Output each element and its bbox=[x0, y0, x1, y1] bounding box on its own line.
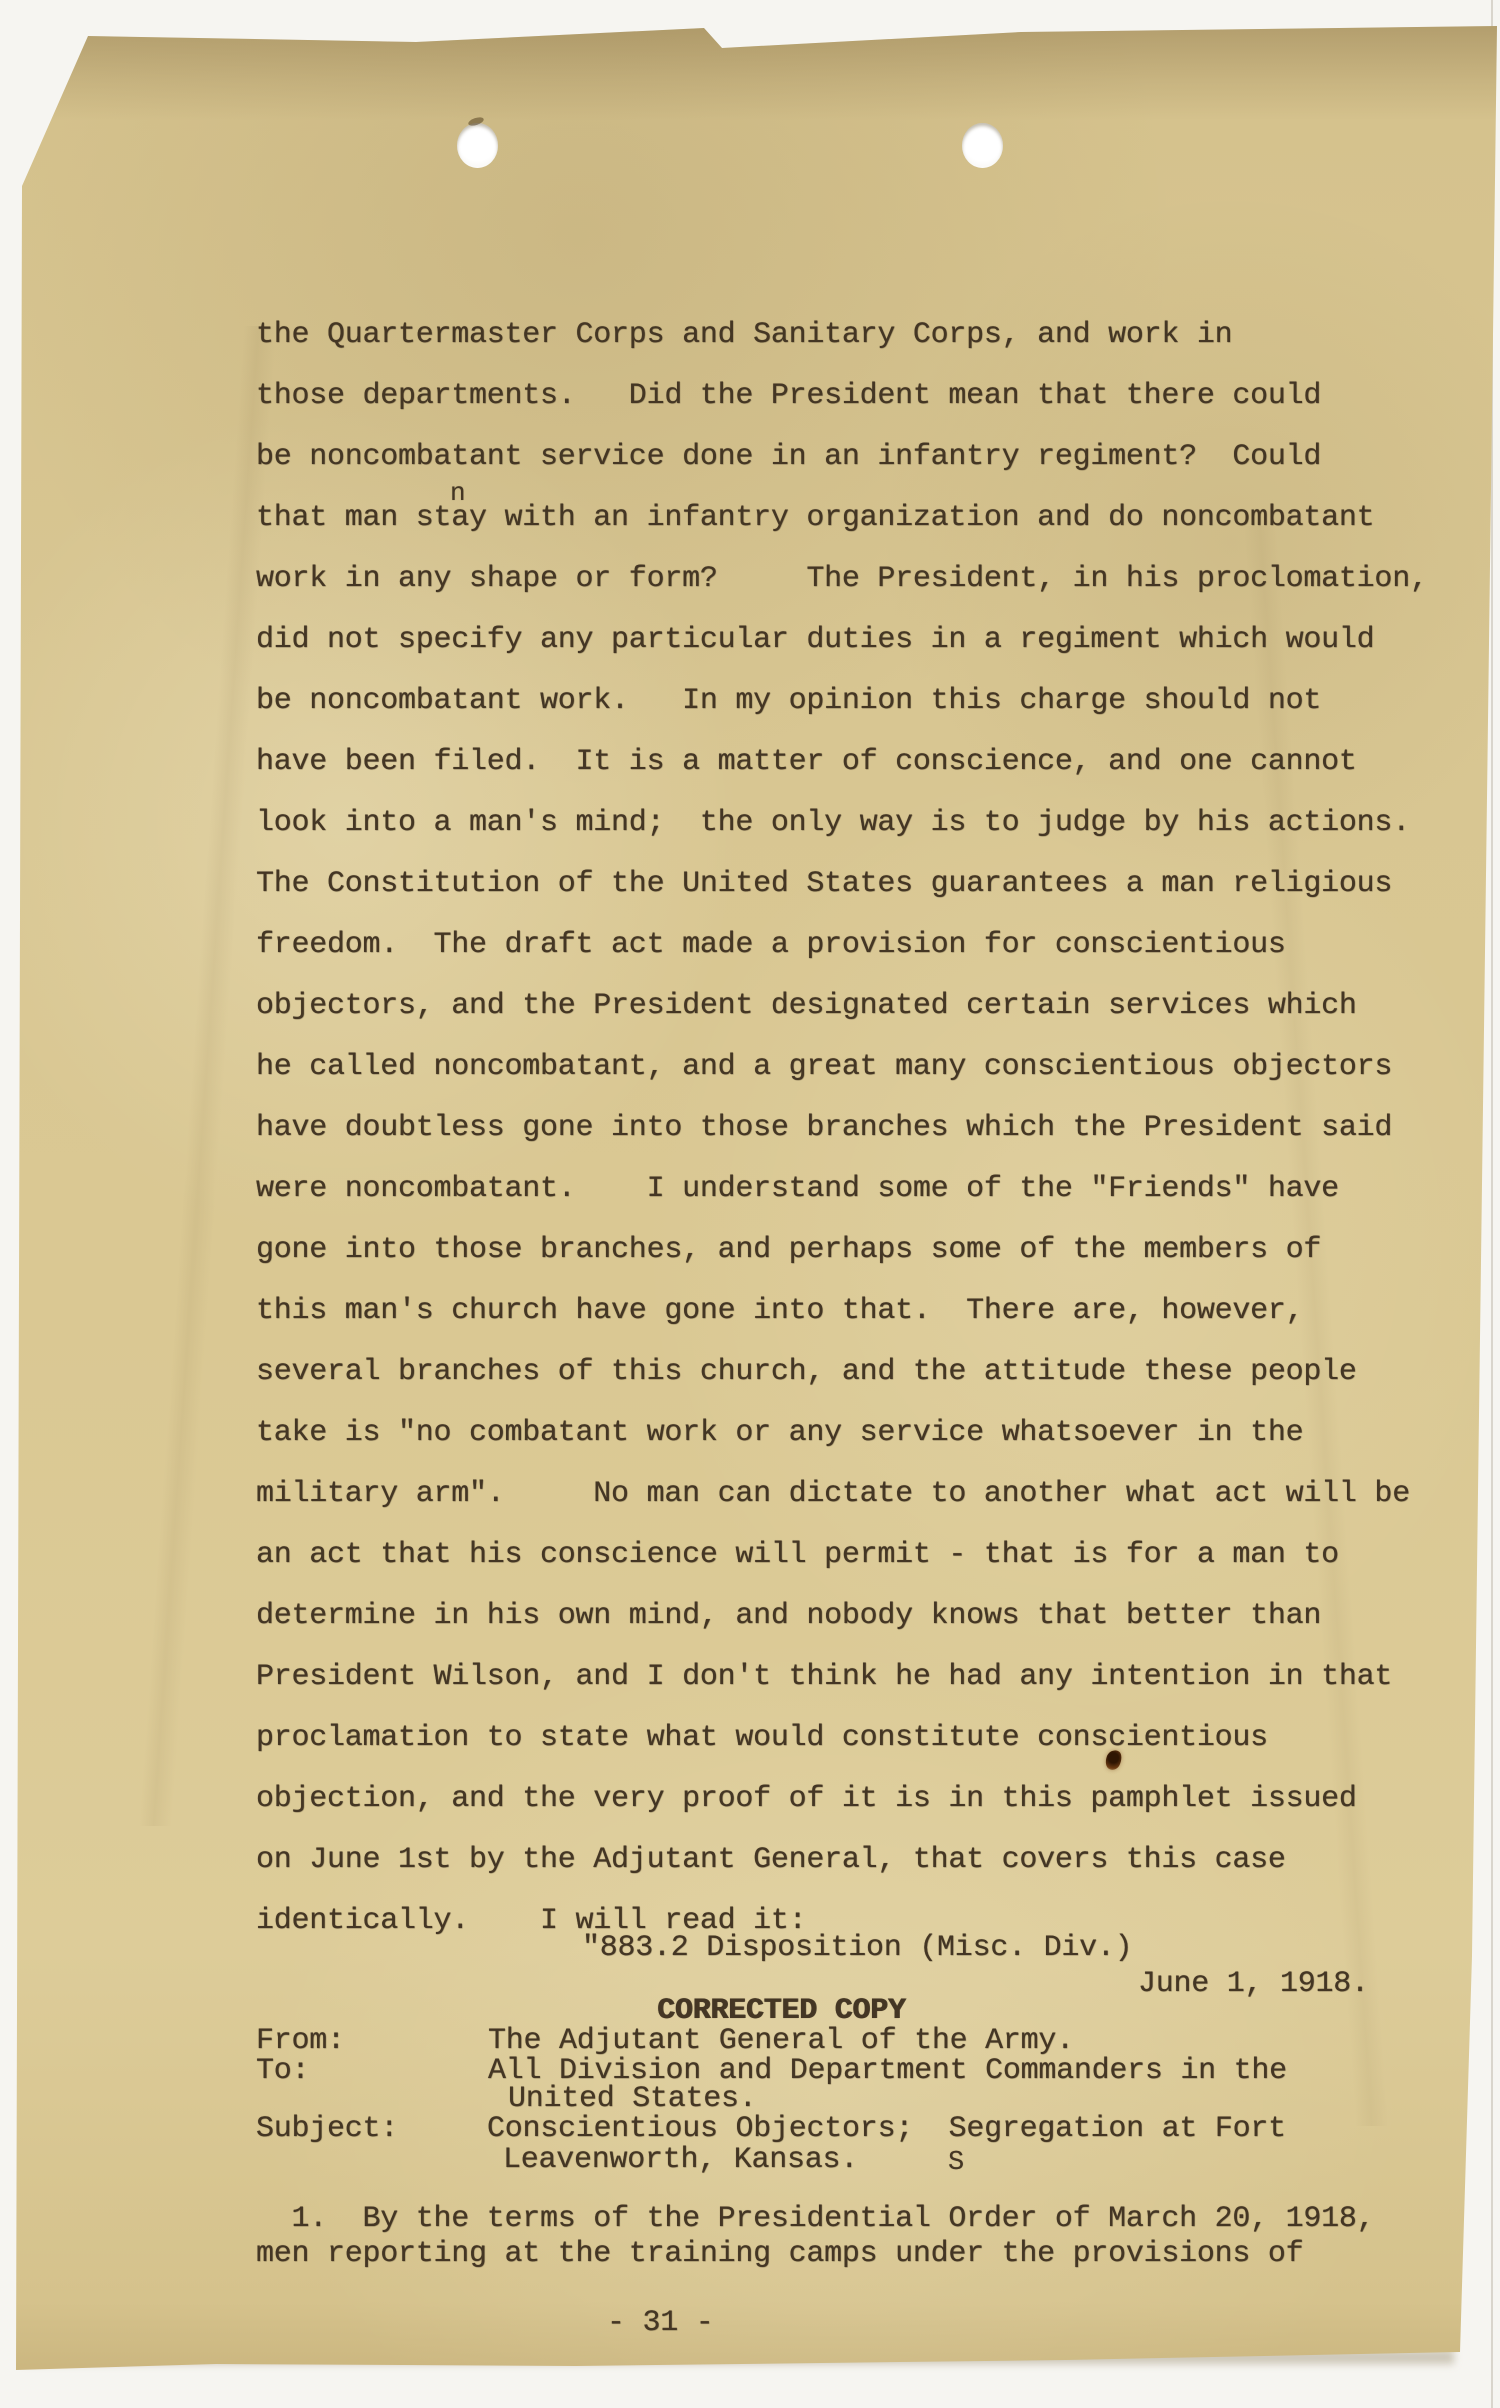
typed-line: freedom. The draft act made a provision … bbox=[256, 915, 1428, 976]
letter-subject-value: Conscientious Objectors; Segregation at … bbox=[487, 2114, 1286, 2144]
letter-from-label: From: bbox=[256, 2026, 345, 2056]
overtyped-letter: S bbox=[948, 2148, 964, 2178]
closing-paragraph-line: men reporting at the training camps unde… bbox=[256, 2237, 1303, 2271]
typed-line: have doubtless gone into those branches … bbox=[256, 1098, 1428, 1159]
typed-line: objectors, and the President designated … bbox=[256, 976, 1428, 1037]
typed-line: work in any shape or form? The President… bbox=[256, 549, 1428, 610]
typed-line: that man stay with an infantry organizat… bbox=[256, 488, 1428, 549]
typed-line: did not specify any particular duties in… bbox=[256, 610, 1428, 671]
typed-line: look into a man's mind; the only way is … bbox=[256, 793, 1428, 854]
letter-subject-value-continued: Leavenworth, Kansas. bbox=[503, 2145, 858, 2175]
typed-line: The Constitution of the United States gu… bbox=[256, 854, 1428, 915]
overtyped-letter: n bbox=[450, 478, 466, 508]
typed-line: be noncombatant work. In my opinion this… bbox=[256, 671, 1428, 732]
typed-line: be noncombatant service done in an infan… bbox=[256, 427, 1428, 488]
punch-hole bbox=[962, 123, 1003, 168]
overtype-smudge bbox=[15, 25, 23, 35]
letter-to-label: To: bbox=[256, 2056, 309, 2086]
letter-subject-label: Subject: bbox=[256, 2114, 398, 2144]
typed-line: military arm". No man can dictate to ano… bbox=[256, 1464, 1428, 1525]
typed-line: an act that his conscience will permit -… bbox=[256, 1525, 1428, 1586]
letter-date: June 1, 1918. bbox=[1138, 1969, 1369, 1999]
typed-line: were noncombatant. I understand some of … bbox=[256, 1159, 1428, 1220]
typed-line: several branches of this church, and the… bbox=[256, 1342, 1428, 1403]
typed-line: gone into those branches, and perhaps so… bbox=[256, 1220, 1428, 1281]
closing-paragraph-line: 1. By the terms of the Presidential Orde… bbox=[256, 2202, 1374, 2236]
typed-line: President Wilson, and I don't think he h… bbox=[256, 1647, 1428, 1708]
scanned-document-background: the Quartermaster Corps and Sanitary Cor… bbox=[0, 0, 1500, 2408]
typed-line: proclamation to state what would constit… bbox=[256, 1708, 1428, 1769]
letter-from-value: The Adjutant General of the Army. bbox=[488, 2026, 1074, 2056]
letter-reference-line: "883.2 Disposition (Misc. Div.) bbox=[582, 1933, 1132, 1963]
letter-heading: CORRECTED COPY bbox=[657, 1996, 906, 2026]
typed-line: determine in his own mind, and nobody kn… bbox=[256, 1586, 1428, 1647]
typed-line: have been filed. It is a matter of consc… bbox=[256, 732, 1428, 793]
letter-to-value-continued: United States. bbox=[508, 2084, 757, 2114]
body-text: the Quartermaster Corps and Sanitary Cor… bbox=[256, 305, 1428, 1952]
punch-hole bbox=[457, 123, 498, 168]
document-page: the Quartermaster Corps and Sanitary Cor… bbox=[16, 26, 1498, 2372]
typed-line: take is "no combatant work or any servic… bbox=[256, 1403, 1428, 1464]
page-number: - 31 - bbox=[607, 2308, 714, 2338]
typed-line: on June 1st by the Adjutant General, tha… bbox=[256, 1830, 1428, 1891]
typed-line: the Quartermaster Corps and Sanitary Cor… bbox=[256, 305, 1428, 366]
typed-line: those departments. Did the President mea… bbox=[256, 366, 1428, 427]
typed-line: he called noncombatant, and a great many… bbox=[256, 1037, 1428, 1098]
typed-line: this man's church have gone into that. T… bbox=[256, 1281, 1428, 1342]
typed-line: objection, and the very proof of it is i… bbox=[256, 1769, 1428, 1830]
